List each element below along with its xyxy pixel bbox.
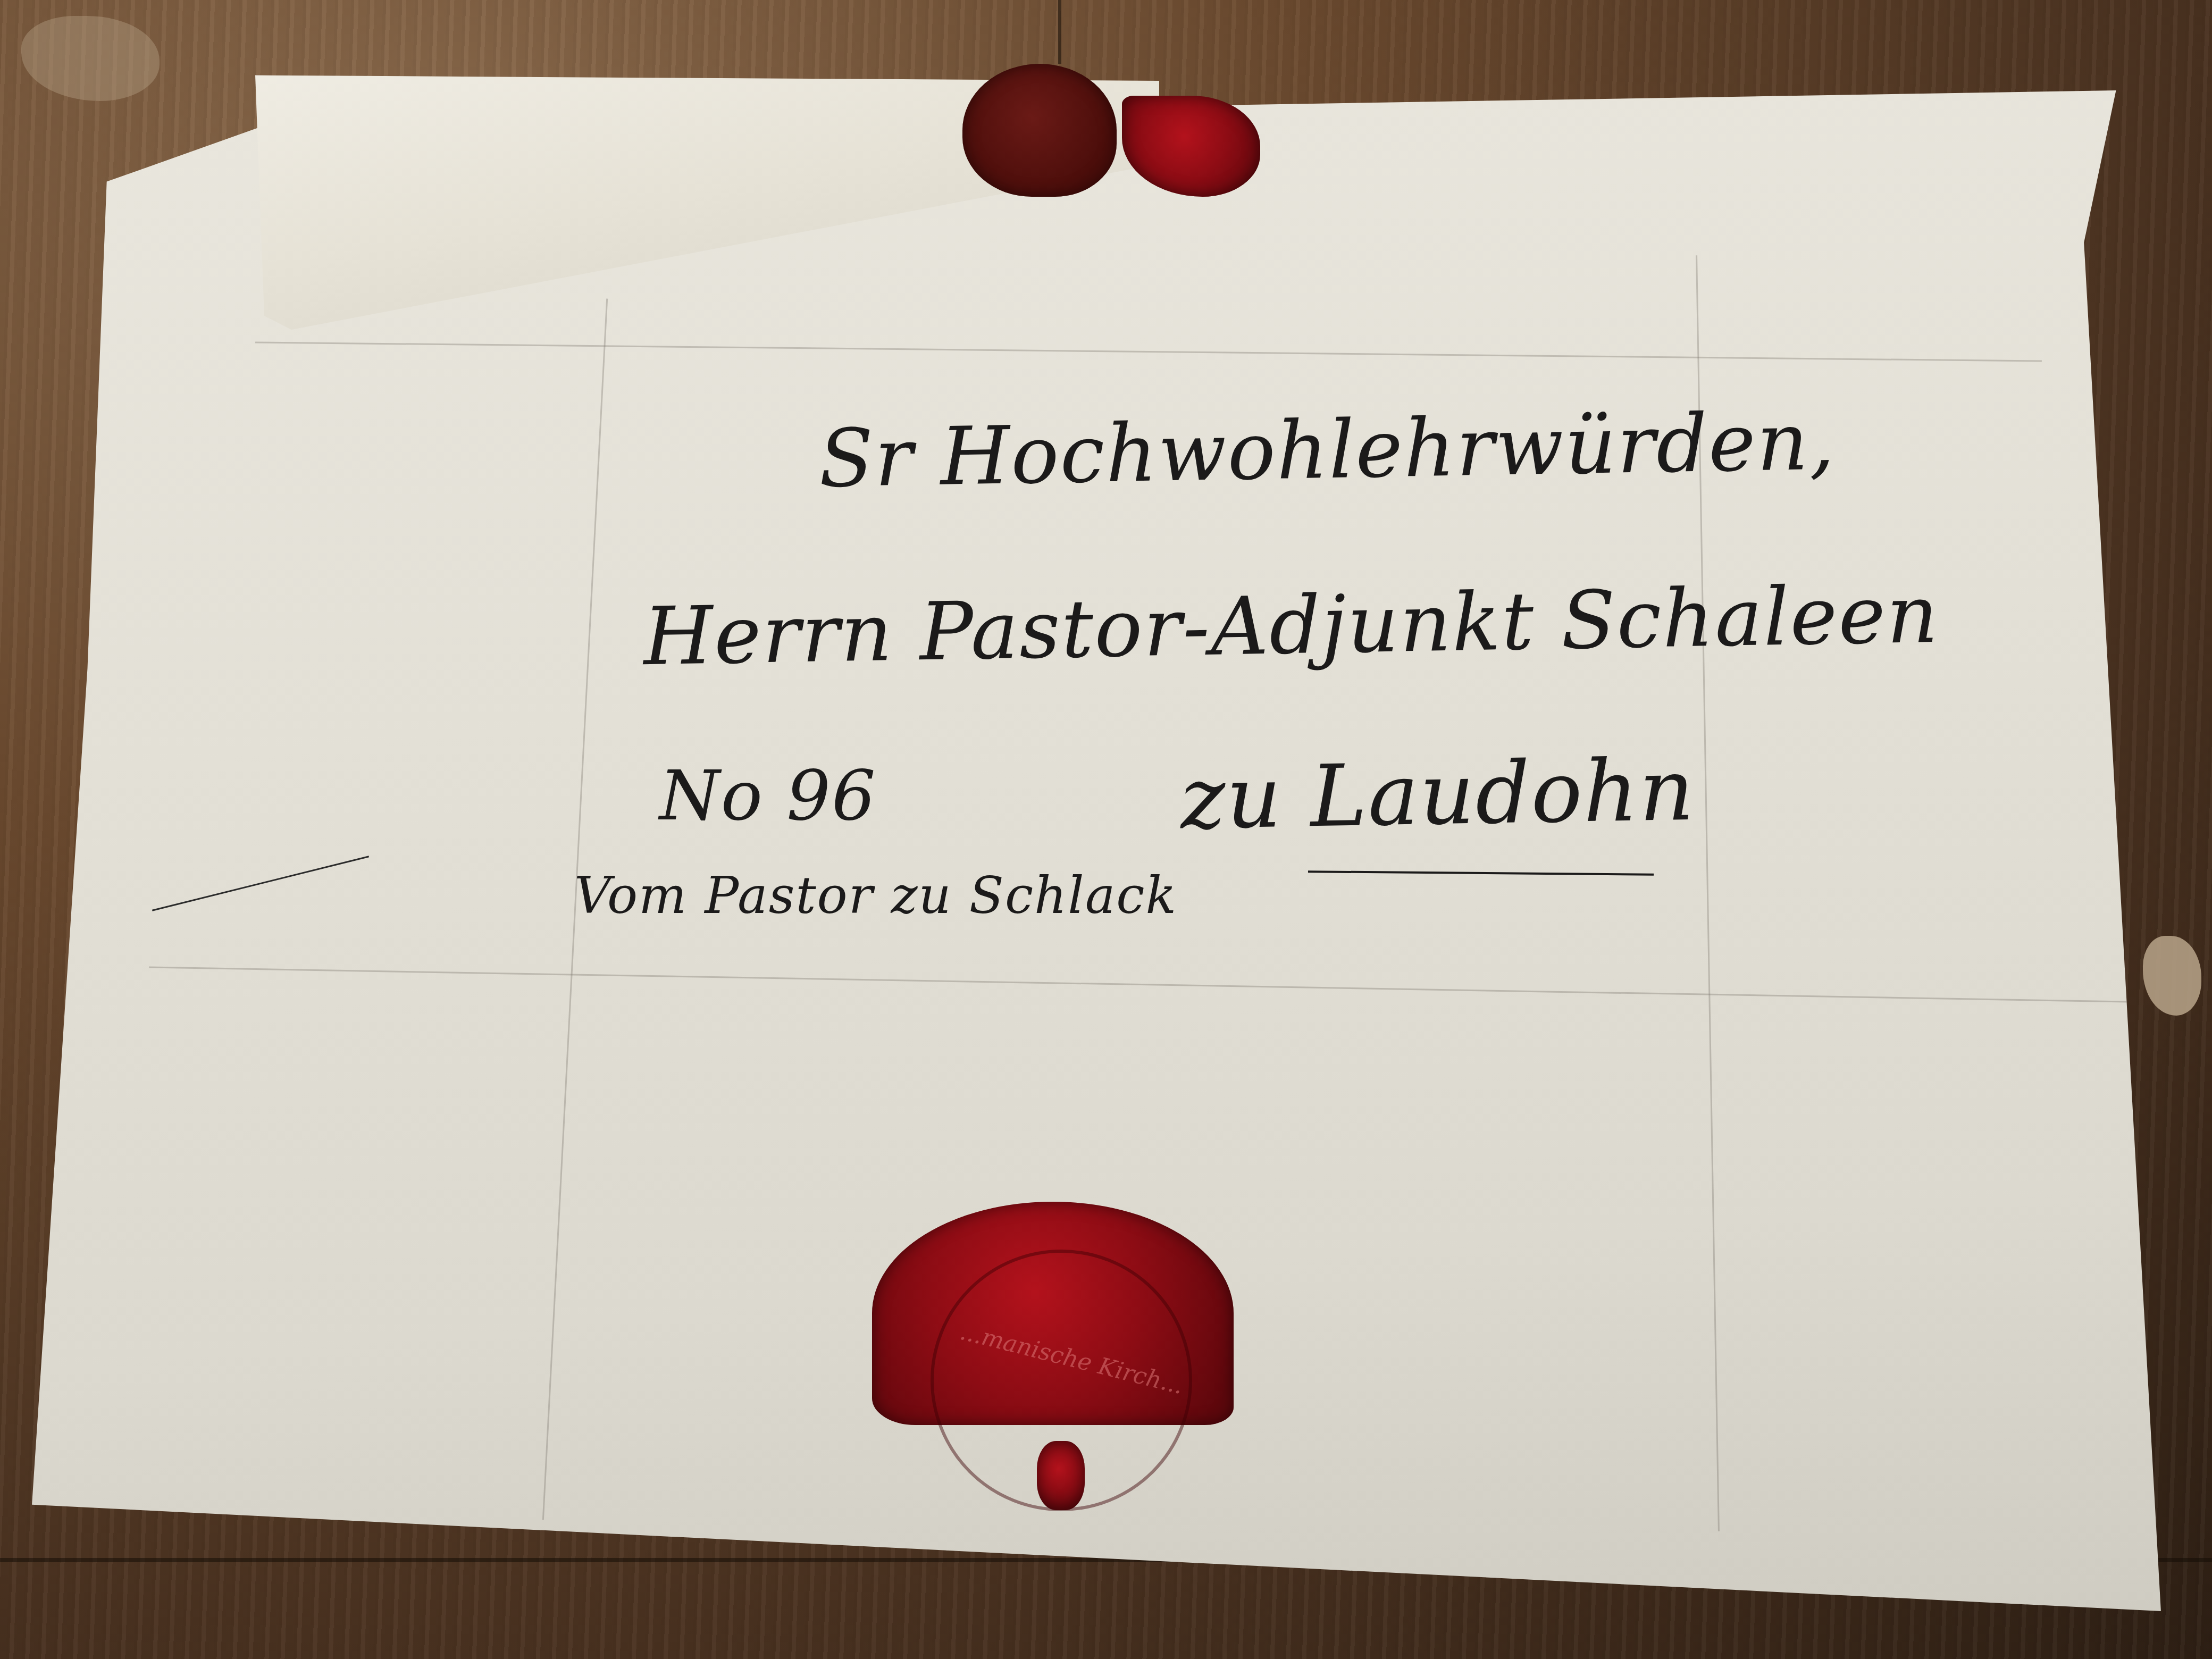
bottom-wax-seal: ...manische Kirch... (872, 1202, 1234, 1425)
letter-number: No 96 (659, 755, 877, 836)
wood-chip (21, 16, 160, 101)
plank-seam (1058, 0, 1061, 64)
destination-line: zu Laudohn (1179, 740, 1696, 849)
top-wax-seal-left (962, 64, 1117, 197)
wax-drip (1037, 1441, 1085, 1510)
salutation-line: Sr Hochwohlehrwürden, (818, 395, 1837, 505)
wood-chip (2143, 936, 2201, 1016)
sender-line: Vom Pastor zu Schlack (574, 867, 1177, 925)
